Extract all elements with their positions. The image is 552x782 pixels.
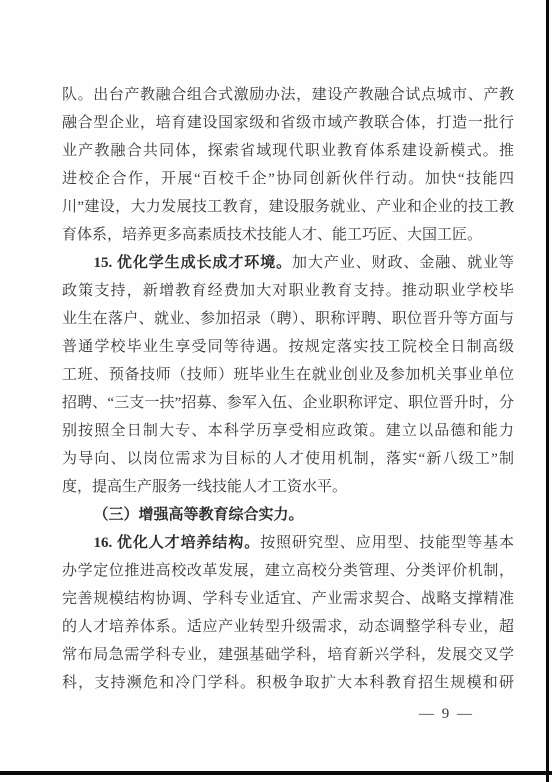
scan-edge-bottom xyxy=(0,771,552,775)
line-text: 度，提高生产服务一线技能人才工资水平。 xyxy=(62,479,347,495)
section-3-heading: （三）增强高等教育综合实力。 xyxy=(94,507,304,523)
line-text: 完善规模结构协调、学科专业适宜、产业需求契合、战略支撑精准 xyxy=(62,591,514,607)
line-text: 政策支持，新增教育经费加大对职业教育支持。推动职业学校毕 xyxy=(62,283,514,299)
text-line: 政策支持，新增教育经费加大对职业教育支持。推动职业学校毕 xyxy=(62,277,514,305)
line-text: 育体系，培养更多高素质技术技能人才、能工巧匠、大国工匠。 xyxy=(62,227,482,243)
document-page: 队。出台产教融合组合式激励办法，建设产教融合试点城市、产教 融合型企业，培育建设… xyxy=(0,0,552,782)
text-line: 完善规模结构协调、学科专业适宜、产业需求契合、战略支撑精准 xyxy=(62,585,514,613)
line-text: 办学定位推进高校改革发展，建立高校分类管理、分类评价机制， xyxy=(62,563,514,579)
line-text: 加大产业、财政、金融、就业等 xyxy=(292,255,514,271)
text-block: 队。出台产教融合组合式激励办法，建设产教融合试点城市、产教 融合型企业，培育建设… xyxy=(62,81,514,728)
text-line: 工班、预备技师（技师）班毕业生在就业创业及参加机关事业单位 xyxy=(62,361,514,389)
item-15-heading: 15. 优化学生成长成才环境。 xyxy=(94,255,293,271)
line-text: 业产教融合共同体，探索省域现代职业教育体系建设新模式。推 xyxy=(62,143,514,159)
line-text: 招聘、“三支一扶”招募、参军入伍、企业职称评定、职位晋升时，分 xyxy=(62,395,514,411)
text-line: （三）增强高等教育综合实力。 xyxy=(62,501,514,529)
line-text: 普通学校毕业生享受同等待遇。按规定落实技工院校全日制高级 xyxy=(62,339,514,355)
text-line: 度，提高生产服务一线技能人才工资水平。 xyxy=(62,473,514,501)
line-text: 常布局急需学科专业，建强基础学科，培育新兴学科，发展交叉学 xyxy=(62,647,514,663)
text-line: 普通学校毕业生享受同等待遇。按规定落实技工院校全日制高级 xyxy=(62,333,514,361)
line-text: 融合型企业，培育建设国家级和省级市域产教联合体，打造一批行 xyxy=(62,115,514,131)
text-line: 科，支持濒危和冷门学科。积极争取扩大本科教育招生规模和研 xyxy=(62,669,514,697)
text-line: 业生在落户、就业、参加招录（聘）、职称评聘、职位晋升等方面与 xyxy=(62,305,514,333)
line-text: 别按照全日制大专、本科学历享受相应政策。建立以品德和能力 xyxy=(62,423,514,439)
text-line: 育体系，培养更多高素质技术技能人才、能工巧匠、大国工匠。 xyxy=(62,221,514,249)
line-text: 工班、预备技师（技师）班毕业生在就业创业及参加机关事业单位 xyxy=(62,367,514,383)
line-text: 川”建设，大力发展技工教育，建设服务就业、产业和企业的技工教 xyxy=(62,199,514,215)
text-line: 川”建设，大力发展技工教育，建设服务就业、产业和企业的技工教 xyxy=(62,193,514,221)
text-line: 办学定位推进高校改革发展，建立高校分类管理、分类评价机制， xyxy=(62,557,514,585)
text-line: 业产教融合共同体，探索省域现代职业教育体系建设新模式。推 xyxy=(62,137,514,165)
text-line: 别按照全日制大专、本科学历享受相应政策。建立以品德和能力 xyxy=(62,417,514,445)
line-text: 按照研究型、应用型、技能型等基本 xyxy=(260,535,514,551)
line-text: 业生在落户、就业、参加招录（聘）、职称评聘、职位晋升等方面与 xyxy=(62,311,514,327)
item-16-heading: 16. 优化人才培养结构。 xyxy=(94,535,261,551)
page-number: — 9 — xyxy=(62,700,514,728)
text-line: 队。出台产教融合组合式激励办法，建设产教融合试点城市、产教 xyxy=(62,81,514,109)
scan-edge-right xyxy=(546,0,549,782)
line-text: 科，支持濒危和冷门学科。积极争取扩大本科教育招生规模和研 xyxy=(62,675,514,691)
text-line: 15. 优化学生成长成才环境。加大产业、财政、金融、就业等 xyxy=(62,249,514,277)
text-line: 常布局急需学科专业，建强基础学科，培育新兴学科，发展交叉学 xyxy=(62,641,514,669)
text-line: 进校企合作，开展“百校千企”协同创新伙伴行动。加快“技能四 xyxy=(62,165,514,193)
text-line: 为导向、以岗位需求为目标的人才使用机制，落实“新八级工”制 xyxy=(62,445,514,473)
text-line: 16. 优化人才培养结构。按照研究型、应用型、技能型等基本 xyxy=(62,529,514,557)
line-text: 为导向、以岗位需求为目标的人才使用机制，落实“新八级工”制 xyxy=(62,451,514,467)
text-line: 的人才培养体系。适应产业转型升级需求，动态调整学科专业，超 xyxy=(62,613,514,641)
line-text: 的人才培养体系。适应产业转型升级需求，动态调整学科专业，超 xyxy=(62,619,514,635)
line-text: 进校企合作，开展“百校千企”协同创新伙伴行动。加快“技能四 xyxy=(62,171,514,187)
line-text: 队。出台产教融合组合式激励办法，建设产教融合试点城市、产教 xyxy=(62,87,514,103)
text-line: 融合型企业，培育建设国家级和省级市域产教联合体，打造一批行 xyxy=(62,109,514,137)
text-line: 招聘、“三支一扶”招募、参军入伍、企业职称评定、职位晋升时，分 xyxy=(62,389,514,417)
